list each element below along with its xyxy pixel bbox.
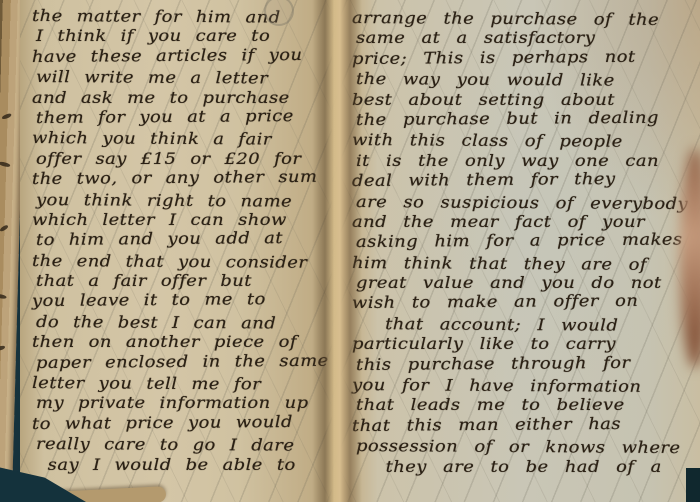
letter-photograph: the matter for him and I think if you ca… bbox=[0, 0, 700, 502]
handwritten-line: price; This is perhaps not bbox=[352, 46, 700, 69]
handwritten-line: asking him for a price makes bbox=[356, 229, 700, 252]
handwritten-line: with this class of people bbox=[352, 130, 700, 153]
handwritten-line: do the best I can and bbox=[36, 312, 368, 334]
handwritten-line: to him and you add at bbox=[36, 228, 368, 251]
handwritten-line: which you think a fair bbox=[32, 128, 368, 150]
handwritten-line: the end that you consider bbox=[32, 251, 368, 273]
handwritten-line: the purchase but in dealing bbox=[356, 107, 700, 130]
left-page-text: the matter for him and I think if you ca… bbox=[20, 0, 332, 475]
edge-writing-fragment bbox=[0, 345, 5, 351]
handwritten-line: they are to be had of a bbox=[352, 457, 700, 477]
handwritten-line: paper enclosed in the same bbox=[36, 350, 368, 373]
handwritten-line: you leave it to me to bbox=[32, 289, 368, 312]
handwritten-line: I think if you care to bbox=[36, 26, 368, 46]
handwritten-line: particularly like to carry bbox=[352, 334, 700, 354]
handwritten-line: to what price you would bbox=[32, 411, 368, 434]
right-page-text: arrange the purchase of the same at a sa… bbox=[332, 0, 700, 477]
handwritten-line: wish to make an offer on bbox=[352, 290, 700, 313]
handwritten-line: the two, or any other sum bbox=[32, 167, 368, 190]
handwritten-line: the way you would like bbox=[356, 69, 700, 92]
handwritten-line: arrange the purchase of the bbox=[352, 8, 700, 31]
handwritten-line: deal with them for they bbox=[352, 168, 700, 191]
handwritten-line: that this man either has bbox=[352, 413, 700, 436]
handwritten-line: that account; I would bbox=[356, 314, 700, 337]
handwritten-line: then on another piece of bbox=[32, 332, 368, 352]
edge-writing-fragment bbox=[0, 293, 7, 300]
handwritten-line: him think that they are of bbox=[352, 253, 700, 276]
handwritten-line: this purchase through for bbox=[356, 352, 700, 375]
handwritten-line: my private information up bbox=[36, 393, 368, 413]
background-corner-bottom-right bbox=[686, 468, 700, 502]
letter-page-left: the matter for him and I think if you ca… bbox=[20, 0, 332, 502]
edge-writing-fragment bbox=[0, 224, 9, 232]
edge-writing-fragment bbox=[0, 161, 11, 168]
handwritten-line: you for I have information bbox=[352, 375, 700, 398]
handwritten-line: the matter for him and bbox=[32, 6, 368, 28]
handwritten-line: really care to go I dare bbox=[36, 434, 368, 456]
handwritten-line: say I would be able to bbox=[32, 455, 368, 475]
handwritten-line: you think right to name bbox=[36, 190, 368, 212]
edge-writing-fragment bbox=[1, 113, 12, 120]
handwritten-line: possession of or knows where bbox=[356, 436, 700, 459]
handwritten-line: letter you tell me for bbox=[32, 373, 368, 395]
handwritten-line: them for you at a price bbox=[36, 105, 368, 128]
handwritten-line: are so suspicious of everybody bbox=[356, 192, 700, 215]
letter-page-right: arrange the purchase of the same at a sa… bbox=[332, 0, 700, 502]
handwritten-line: have these articles if you bbox=[32, 44, 368, 67]
handwritten-line: will write me a letter bbox=[36, 67, 368, 89]
